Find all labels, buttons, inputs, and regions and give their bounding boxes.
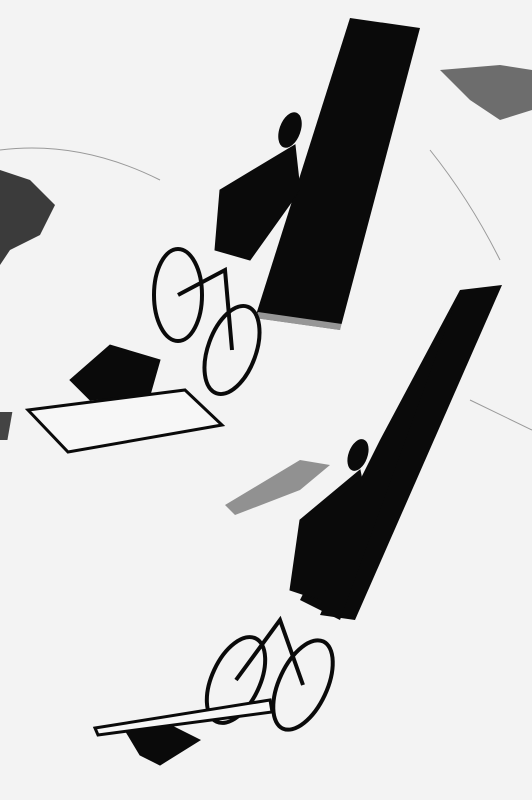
wall-stain: [440, 65, 532, 120]
wall-stain: [225, 460, 330, 515]
sign-picture: [0, 412, 12, 440]
photograph: [0, 0, 532, 800]
wall-stain: [0, 170, 55, 265]
sign-board: [28, 390, 222, 452]
cyclist-shadow: [70, 110, 306, 402]
photo-scene: [0, 0, 532, 800]
sign-board: [95, 700, 272, 735]
